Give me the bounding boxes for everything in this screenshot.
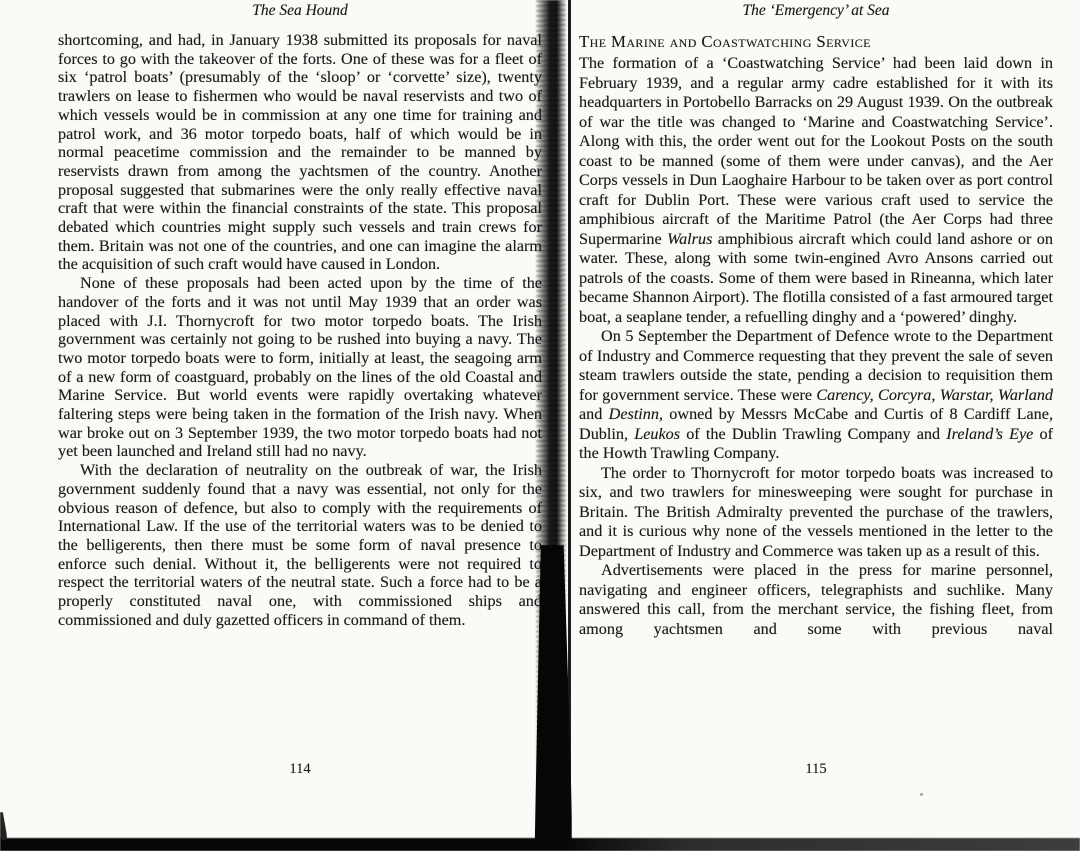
paragraph: The order to Thornycroft for motor torpe… [579,464,1053,562]
section-heading: The Marine and Coastwatching Service [579,32,1053,52]
spine-line [568,0,571,792]
paragraph: None of these proposals had been acted u… [58,274,542,461]
paragraph: With the declaration of neutrality on th… [58,461,542,629]
scan-dust-speck [920,793,923,796]
page-number-left: 114 [58,761,542,778]
page-number-right: 115 [579,761,1053,778]
running-head-right: The ‘Emergency’ at Sea [579,0,1053,19]
paragraph: shortcoming, and had, in January 1938 su… [58,31,542,274]
paragraph: On 5 September the Department of Defence… [579,327,1053,464]
page-right: The ‘Emergency’ at Sea The Marine and Co… [579,0,1053,851]
page-right-body: The formation of a ‘Coastwatching Servic… [579,54,1053,639]
book-scan: The Sea Hound shortcoming, and had, in J… [0,0,1080,851]
page-left: The Sea Hound shortcoming, and had, in J… [58,0,542,851]
scan-corner-mark [0,812,7,840]
scan-bottom-edge [0,838,1080,851]
running-head-left: The Sea Hound [58,0,542,19]
page-left-body: shortcoming, and had, in January 1938 su… [58,31,542,630]
paragraph: The formation of a ‘Coastwatching Servic… [579,54,1053,327]
paragraph: Advertisements were placed in the press … [579,561,1053,639]
